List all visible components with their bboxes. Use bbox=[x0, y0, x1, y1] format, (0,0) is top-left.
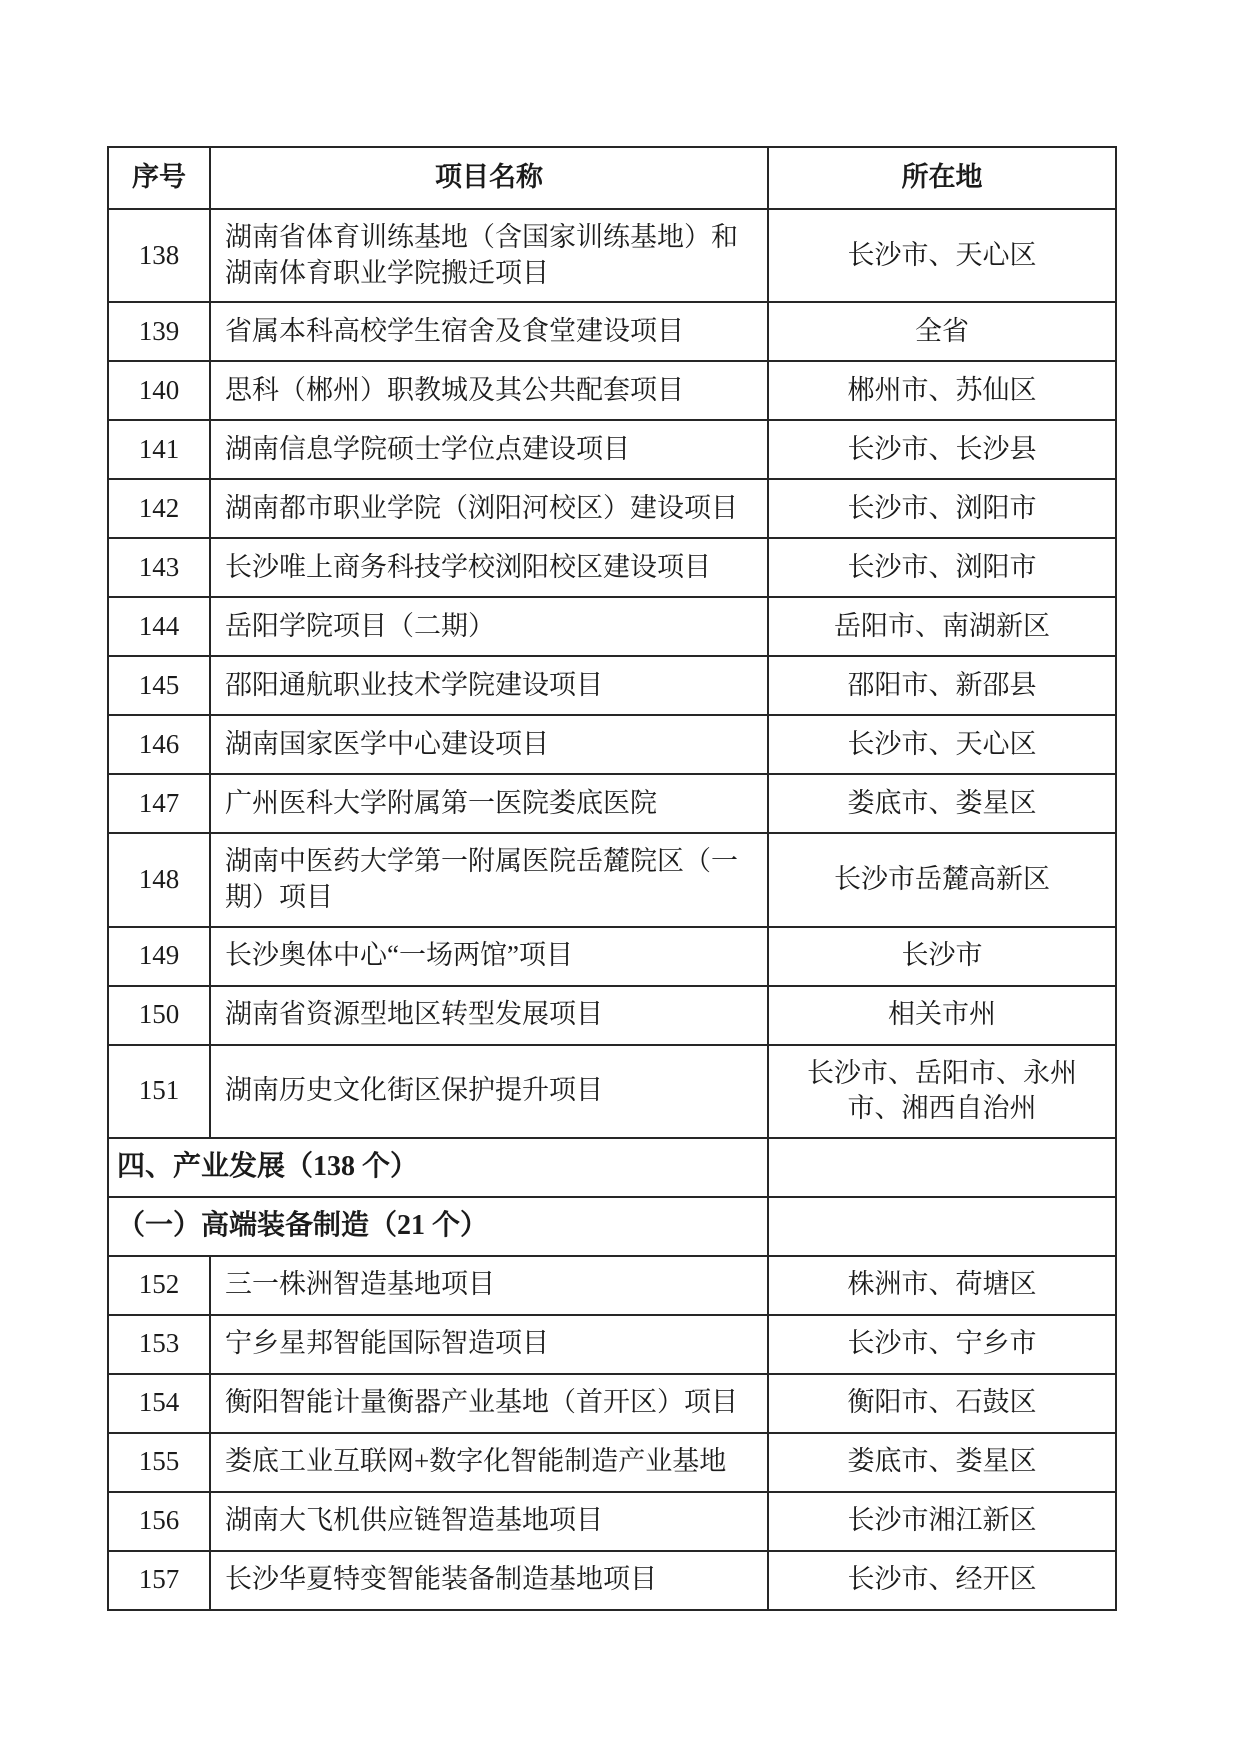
seq-cell: 150 bbox=[108, 986, 210, 1045]
project-name-cell: 湖南信息学院硕士学位点建设项目 bbox=[210, 420, 768, 479]
header-location: 所在地 bbox=[768, 147, 1116, 209]
project-name-cell: 岳阳学院项目（二期） bbox=[210, 597, 768, 656]
location-cell: 娄底市、娄星区 bbox=[768, 774, 1116, 833]
header-seq: 序号 bbox=[108, 147, 210, 209]
project-name-cell: 长沙华夏特变智能装备制造基地项目 bbox=[210, 1551, 768, 1610]
seq-cell: 148 bbox=[108, 833, 210, 926]
seq-cell: 149 bbox=[108, 927, 210, 986]
project-name-cell: 思科（郴州）职教城及其公共配套项目 bbox=[210, 361, 768, 420]
section-label: 四、产业发展（138 个） bbox=[108, 1138, 768, 1197]
section-empty-cell bbox=[768, 1197, 1116, 1256]
location-cell: 长沙市、浏阳市 bbox=[768, 479, 1116, 538]
seq-cell: 145 bbox=[108, 656, 210, 715]
table-row: 156湖南大飞机供应链智造基地项目长沙市湘江新区 bbox=[108, 1492, 1116, 1551]
project-name-cell: 省属本科高校学生宿舍及食堂建设项目 bbox=[210, 302, 768, 361]
project-name-cell: 宁乡星邦智能国际智造项目 bbox=[210, 1315, 768, 1374]
table-row: 152三一株洲智造基地项目株洲市、荷塘区 bbox=[108, 1256, 1116, 1315]
table-row: 155娄底工业互联网+数字化智能制造产业基地娄底市、娄星区 bbox=[108, 1433, 1116, 1492]
project-name-cell: 湖南中医药大学第一附属医院岳麓院区（一期）项目 bbox=[210, 833, 768, 926]
seq-cell: 152 bbox=[108, 1256, 210, 1315]
location-cell: 长沙市 bbox=[768, 927, 1116, 986]
location-cell: 长沙市、长沙县 bbox=[768, 420, 1116, 479]
project-name-cell: 广州医科大学附属第一医院娄底医院 bbox=[210, 774, 768, 833]
seq-cell: 144 bbox=[108, 597, 210, 656]
table-row: 140思科（郴州）职教城及其公共配套项目郴州市、苏仙区 bbox=[108, 361, 1116, 420]
location-cell: 株洲市、荷塘区 bbox=[768, 1256, 1116, 1315]
location-cell: 长沙市岳麓高新区 bbox=[768, 833, 1116, 926]
table-row: 148湖南中医药大学第一附属医院岳麓院区（一期）项目长沙市岳麓高新区 bbox=[108, 833, 1116, 926]
table-body: 138湖南省体育训练基地（含国家训练基地）和湖南体育职业学院搬迁项目长沙市、天心… bbox=[108, 209, 1116, 1610]
seq-cell: 141 bbox=[108, 420, 210, 479]
location-cell: 岳阳市、南湖新区 bbox=[768, 597, 1116, 656]
location-cell: 长沙市、天心区 bbox=[768, 209, 1116, 302]
location-cell: 全省 bbox=[768, 302, 1116, 361]
project-name-cell: 湖南国家医学中心建设项目 bbox=[210, 715, 768, 774]
table-row: 147广州医科大学附属第一医院娄底医院娄底市、娄星区 bbox=[108, 774, 1116, 833]
seq-cell: 153 bbox=[108, 1315, 210, 1374]
table-row: 146湖南国家医学中心建设项目长沙市、天心区 bbox=[108, 715, 1116, 774]
project-name-cell: 湖南大飞机供应链智造基地项目 bbox=[210, 1492, 768, 1551]
location-cell: 长沙市、经开区 bbox=[768, 1551, 1116, 1610]
project-name-cell: 邵阳通航职业技术学院建设项目 bbox=[210, 656, 768, 715]
page: { "table": { "headers": ["序号", "项目名称", "… bbox=[0, 0, 1240, 1753]
project-name-cell: 三一株洲智造基地项目 bbox=[210, 1256, 768, 1315]
table-row: 151湖南历史文化街区保护提升项目长沙市、岳阳市、永州市、湘西自治州 bbox=[108, 1045, 1116, 1138]
seq-cell: 151 bbox=[108, 1045, 210, 1138]
table-row: 149长沙奥体中心“一场两馆”项目长沙市 bbox=[108, 927, 1116, 986]
location-cell: 长沙市、天心区 bbox=[768, 715, 1116, 774]
location-cell: 相关市州 bbox=[768, 986, 1116, 1045]
section-empty-cell bbox=[768, 1138, 1116, 1197]
seq-cell: 138 bbox=[108, 209, 210, 302]
table-row: 142湖南都市职业学院（浏阳河校区）建设项目长沙市、浏阳市 bbox=[108, 479, 1116, 538]
table-row: 143长沙唯上商务科技学校浏阳校区建设项目长沙市、浏阳市 bbox=[108, 538, 1116, 597]
project-name-cell: 长沙奥体中心“一场两馆”项目 bbox=[210, 927, 768, 986]
table-row: 153宁乡星邦智能国际智造项目长沙市、宁乡市 bbox=[108, 1315, 1116, 1374]
section-row: 四、产业发展（138 个） bbox=[108, 1138, 1116, 1197]
seq-cell: 154 bbox=[108, 1374, 210, 1433]
header-project-name: 项目名称 bbox=[210, 147, 768, 209]
seq-cell: 156 bbox=[108, 1492, 210, 1551]
project-name-cell: 衡阳智能计量衡器产业基地（首开区）项目 bbox=[210, 1374, 768, 1433]
project-name-cell: 湖南历史文化街区保护提升项目 bbox=[210, 1045, 768, 1138]
location-cell: 郴州市、苏仙区 bbox=[768, 361, 1116, 420]
seq-cell: 140 bbox=[108, 361, 210, 420]
seq-cell: 146 bbox=[108, 715, 210, 774]
project-name-cell: 湖南省资源型地区转型发展项目 bbox=[210, 986, 768, 1045]
table-row: 157长沙华夏特变智能装备制造基地项目长沙市、经开区 bbox=[108, 1551, 1116, 1610]
table-row: 144岳阳学院项目（二期）岳阳市、南湖新区 bbox=[108, 597, 1116, 656]
location-cell: 娄底市、娄星区 bbox=[768, 1433, 1116, 1492]
location-cell: 长沙市、宁乡市 bbox=[768, 1315, 1116, 1374]
location-cell: 长沙市湘江新区 bbox=[768, 1492, 1116, 1551]
table-row: 150湖南省资源型地区转型发展项目相关市州 bbox=[108, 986, 1116, 1045]
table-header-row: 序号 项目名称 所在地 bbox=[108, 147, 1116, 209]
section-label: （一）高端装备制造（21 个） bbox=[108, 1197, 768, 1256]
table-row: 141湖南信息学院硕士学位点建设项目长沙市、长沙县 bbox=[108, 420, 1116, 479]
project-name-cell: 长沙唯上商务科技学校浏阳校区建设项目 bbox=[210, 538, 768, 597]
project-name-cell: 娄底工业互联网+数字化智能制造产业基地 bbox=[210, 1433, 768, 1492]
seq-cell: 143 bbox=[108, 538, 210, 597]
location-cell: 衡阳市、石鼓区 bbox=[768, 1374, 1116, 1433]
table-row: 139省属本科高校学生宿舍及食堂建设项目全省 bbox=[108, 302, 1116, 361]
location-cell: 长沙市、浏阳市 bbox=[768, 538, 1116, 597]
section-row: （一）高端装备制造（21 个） bbox=[108, 1197, 1116, 1256]
location-cell: 长沙市、岳阳市、永州市、湘西自治州 bbox=[768, 1045, 1116, 1138]
location-cell: 邵阳市、新邵县 bbox=[768, 656, 1116, 715]
seq-cell: 139 bbox=[108, 302, 210, 361]
table-row: 138湖南省体育训练基地（含国家训练基地）和湖南体育职业学院搬迁项目长沙市、天心… bbox=[108, 209, 1116, 302]
seq-cell: 142 bbox=[108, 479, 210, 538]
table-row: 154衡阳智能计量衡器产业基地（首开区）项目衡阳市、石鼓区 bbox=[108, 1374, 1116, 1433]
projects-table: 序号 项目名称 所在地 138湖南省体育训练基地（含国家训练基地）和湖南体育职业… bbox=[107, 146, 1117, 1611]
project-name-cell: 湖南省体育训练基地（含国家训练基地）和湖南体育职业学院搬迁项目 bbox=[210, 209, 768, 302]
table-row: 145邵阳通航职业技术学院建设项目邵阳市、新邵县 bbox=[108, 656, 1116, 715]
seq-cell: 147 bbox=[108, 774, 210, 833]
seq-cell: 157 bbox=[108, 1551, 210, 1610]
project-name-cell: 湖南都市职业学院（浏阳河校区）建设项目 bbox=[210, 479, 768, 538]
seq-cell: 155 bbox=[108, 1433, 210, 1492]
